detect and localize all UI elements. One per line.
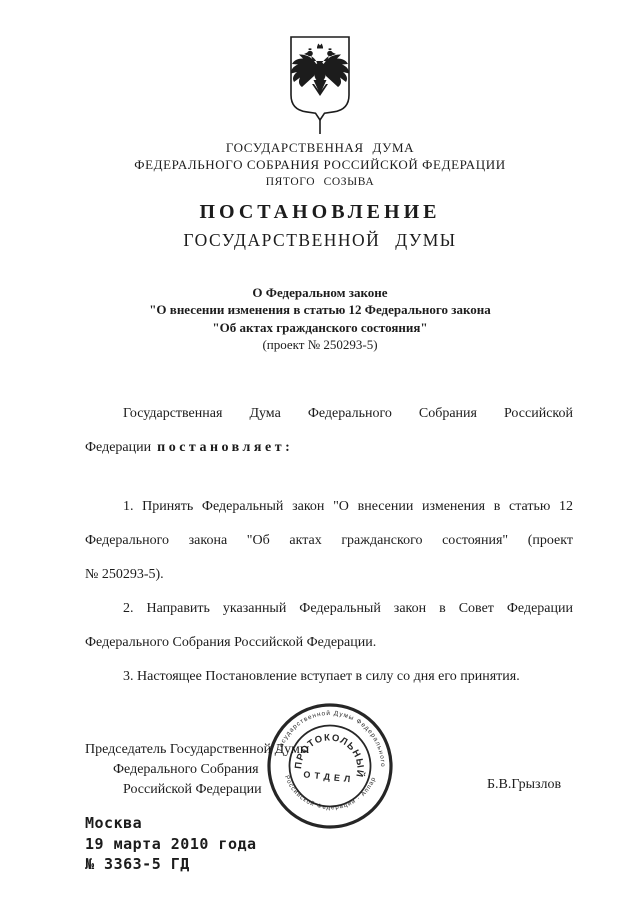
subject-project-number: (проект № 250293-5) [0, 336, 640, 353]
item-2-line-1: 2. Направить указанный Федеральный закон… [85, 592, 573, 626]
document-title: ПОСТАНОВЛЕНИЕ ГОСУДАРСТВЕННОЙ ДУМЫ [0, 201, 640, 251]
doc-type: ПОСТАНОВЛЕНИЕ [0, 201, 640, 224]
subject-line-1: О Федеральном законе [0, 284, 640, 301]
subject-block: О Федеральном законе "О внесении изменен… [0, 284, 640, 353]
subject-line-3: "Об актах гражданского состояния" [0, 319, 640, 336]
preamble-line-1: Государственная Дума Федерального Собран… [85, 397, 573, 431]
coat-of-arms-icon [287, 35, 353, 135]
item-1-line-2: Федерального закона "Об актах гражданско… [85, 524, 573, 558]
org-name: ГОСУДАРСТВЕННАЯ ДУМА [0, 140, 640, 156]
stamp-center-word: ОТДЕЛ [303, 769, 355, 784]
protocol-department-stamp: Государственной Думы Федерального Собран… [263, 699, 397, 833]
preamble-line-2-normal: Федерации [85, 440, 151, 455]
doc-issuer: ГОСУДАРСТВЕННОЙ ДУМЫ [0, 230, 640, 251]
paragraph-item-2: 2. Направить указанный Федеральный закон… [85, 592, 573, 660]
footer-city: Москва [85, 813, 257, 834]
item-2-line-2: Федерального Собрания Российской Федерац… [85, 626, 573, 660]
signer-name: Б.В.Грызлов [487, 777, 561, 793]
document-page: ГОСУДАРСТВЕННАЯ ДУМА ФЕДЕРАЛЬНОГО СОБРАН… [0, 0, 640, 900]
footer-date: 19 марта 2010 года [85, 834, 257, 855]
item-3-line-1: 3. Настоящее Постановление вступает в си… [85, 660, 573, 694]
letterhead: ГОСУДАРСТВЕННАЯ ДУМА ФЕДЕРАЛЬНОГО СОБРАН… [0, 140, 640, 188]
subject-line-2: "О внесении изменения в статью 12 Федера… [0, 301, 640, 318]
footer-number: № 3363-5 ГД [85, 854, 257, 875]
item-1-line-1: 1. Принять Федеральный закон "О внесении… [85, 490, 573, 524]
item-1-line-3: № 250293-5). [85, 558, 573, 592]
footer-block: Москва 19 марта 2010 года № 3363-5 ГД [85, 813, 257, 875]
convocation: ПЯТОГО СОЗЫВА [0, 176, 640, 188]
paragraph-item-3: 3. Настоящее Постановление вступает в си… [85, 660, 573, 694]
preamble-line-2: Федерациипостановляет: [85, 431, 573, 465]
paragraph-preamble: Государственная Дума Федерального Собран… [85, 397, 573, 465]
org-parent: ФЕДЕРАЛЬНОГО СОБРАНИЯ РОССИЙСКОЙ ФЕДЕРАЦ… [0, 157, 640, 173]
resolves-word: постановляет: [157, 440, 293, 455]
paragraph-item-1: 1. Принять Федеральный закон "О внесении… [85, 490, 573, 592]
